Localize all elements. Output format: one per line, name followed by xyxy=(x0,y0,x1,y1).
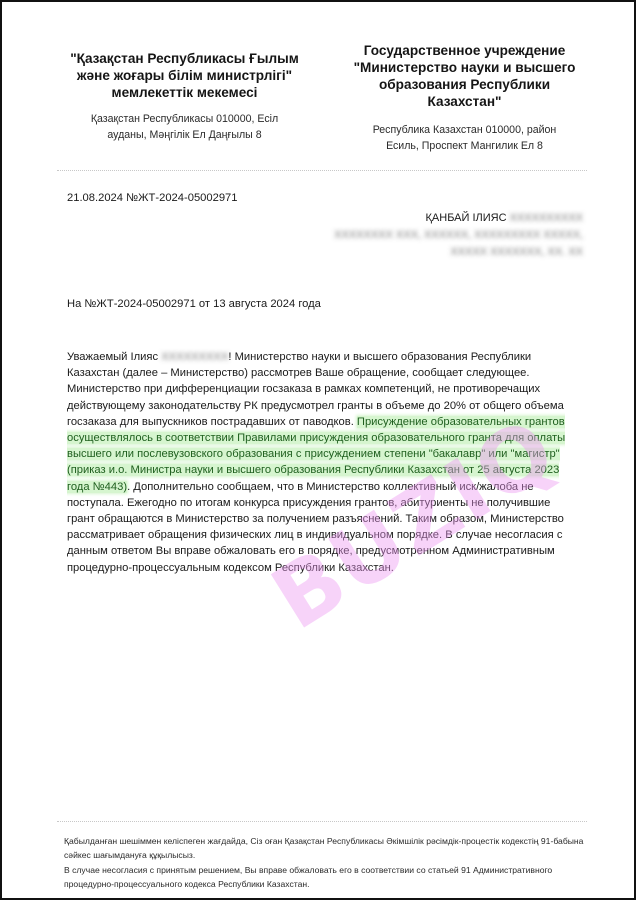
header-divider xyxy=(57,170,587,171)
footer: Қабылданған шешіммен келіспеген жағдайда… xyxy=(64,835,584,893)
footer-divider xyxy=(57,821,587,822)
header-kz: "Қазақстан Республикасы Ғылым және жоғар… xyxy=(62,50,307,143)
recipient-block: ҚАНБАЙ ІЛИЯС ХХХХХХХХХХ ХХХХХХХХ ХХХ, ХХ… xyxy=(334,210,583,261)
greeting: Уважаемый Ілияс xyxy=(67,351,161,363)
recipient-name: ҚАНБАЙ ІЛИЯС xyxy=(426,212,507,224)
greeting-name-redacted: ХХХХХХХХХ xyxy=(161,349,228,365)
header-ru: Государственное учреждение "Министерство… xyxy=(342,42,587,154)
reference-line: На №ЖТ-2024-05002971 от 13 августа 2024 … xyxy=(67,298,321,310)
header-kz-title: "Қазақстан Республикасы Ғылым және жоғар… xyxy=(62,50,307,101)
recipient-name-line: ҚАНБАЙ ІЛИЯС ХХХХХХХХХХ xyxy=(334,210,583,227)
letter-page: "Қазақстан Республикасы Ғылым және жоғар… xyxy=(0,0,636,900)
header-ru-address: Республика Казахстан 010000, район Есиль… xyxy=(342,122,587,154)
header-kz-address: Қазақстан Республикасы 010000, Есіл ауда… xyxy=(62,111,307,143)
header-ru-title: Государственное учреждение "Министерство… xyxy=(342,42,587,110)
letter-body: Уважаемый Ілияс ХХХХХХХХХ! Министерство … xyxy=(67,349,577,576)
footer-ru: В случае несогласия с принятым решением,… xyxy=(64,864,584,891)
footer-kz: Қабылданған шешіммен келіспеген жағдайда… xyxy=(64,835,584,862)
body-text-2: . Дополнительно сообщаем, что в Министер… xyxy=(67,481,564,574)
recipient-address-redacted-2: ХХХХХ ХХХХХХХ, ХХ. ХХ xyxy=(450,244,583,261)
recipient-name-redacted: ХХХХХХХХХХ xyxy=(510,210,583,227)
registration-number: 21.08.2024 №ЖТ-2024-05002971 xyxy=(67,192,238,204)
recipient-address-redacted-1: ХХХХХХХХ ХХХ, ХХХХХХ, ХХХХХХХХХ ХХХХХ, xyxy=(334,227,583,244)
